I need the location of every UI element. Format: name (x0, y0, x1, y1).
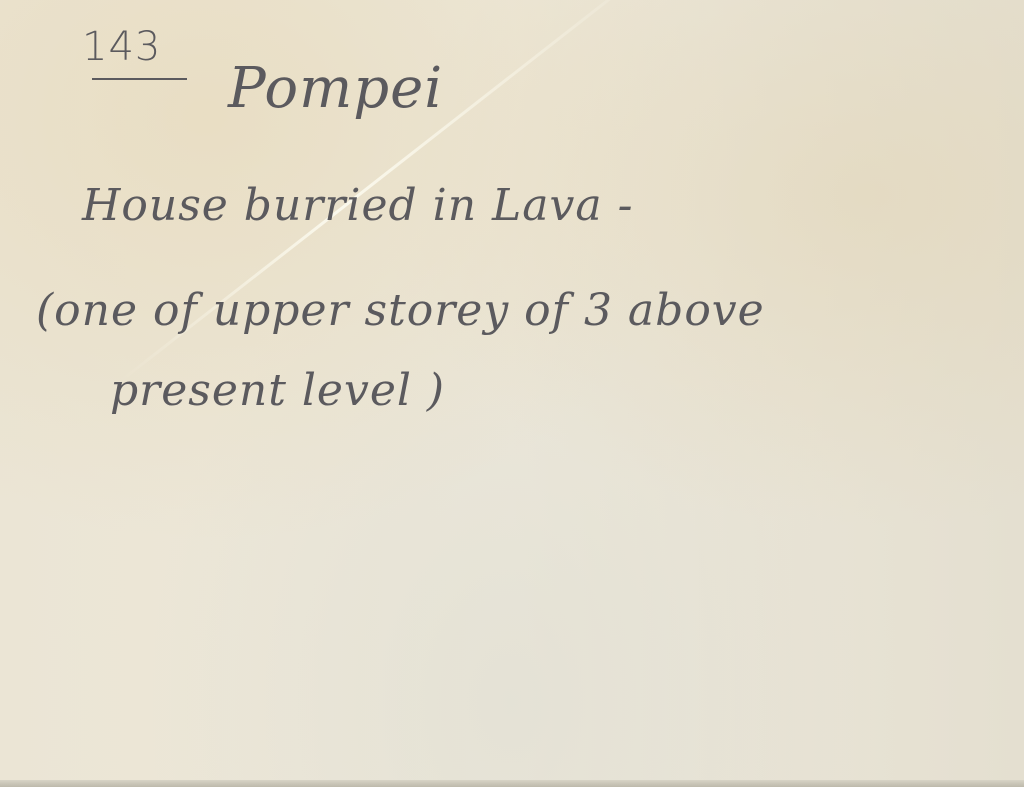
catalog-number: 143 (82, 24, 161, 70)
note-title: Pompei (228, 56, 443, 121)
note-line-1: House burried in Lava - (82, 180, 633, 231)
paper-bottom-edge (0, 780, 1024, 787)
catalog-number-underline (92, 78, 187, 80)
note-line-2: (one of upper storey of 3 above (36, 285, 765, 336)
handwritten-note-paper: 143 Pompei House burried in Lava - (one … (0, 0, 1024, 780)
note-line-3: present level ) (110, 365, 445, 416)
